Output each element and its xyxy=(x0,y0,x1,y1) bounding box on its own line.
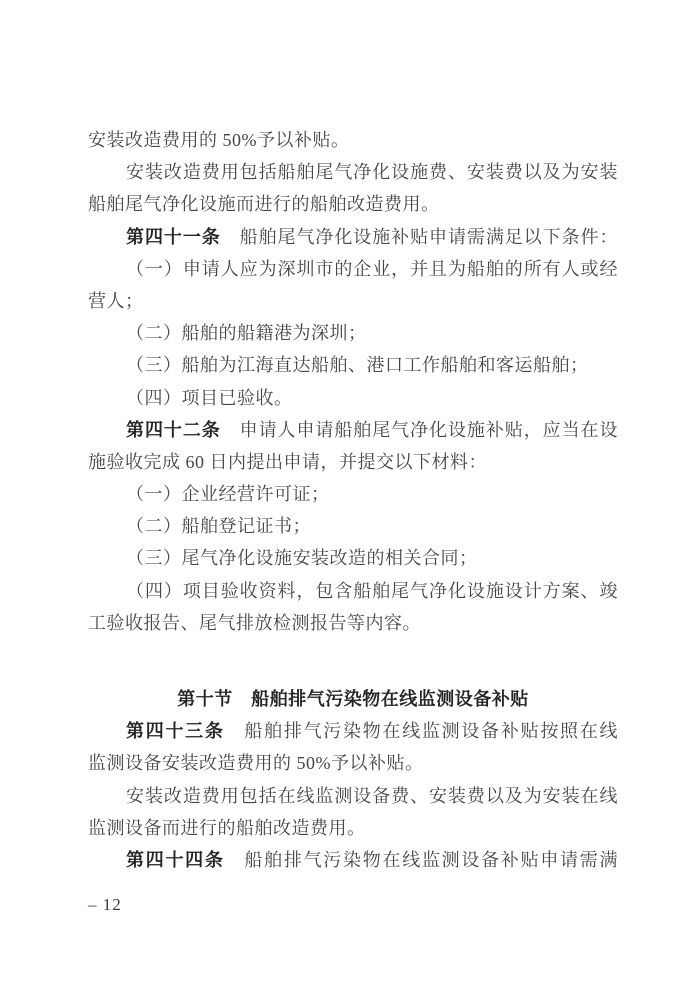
text-line: 监测设备而进行的船舶改造费用。 xyxy=(88,812,618,844)
text-segment: （二）船舶登记证书； xyxy=(126,516,311,536)
text-segment: 船舶排气污染物在线监测设备补贴按照在线 xyxy=(225,721,618,741)
article-number-bold: 第四十二条 xyxy=(126,420,221,440)
text-segment: （三）尾气净化设施安装改造的相关合同； xyxy=(126,548,478,568)
text-line: 工验收报告、尾气排放检测报告等内容。 xyxy=(88,607,618,639)
text-segment: 申请人申请船舶尾气净化设施补贴，应当在设 xyxy=(221,420,618,440)
text-line: （二）船舶登记证书； xyxy=(88,510,618,542)
text-line: 第四十一条 船舶尾气净化设施补贴申请需满足以下条件： xyxy=(88,221,618,253)
text-line: 第四十四条 船舶排气污染物在线监测设备补贴申请需满 xyxy=(88,844,618,876)
text-line: 船舶尾气净化设施而进行的船舶改造费用。 xyxy=(88,188,618,220)
text-segment: 营人； xyxy=(88,291,144,311)
article-number-bold: 第十节 船舶排气污染物在线监测设备补贴 xyxy=(177,689,529,709)
text-segment: （二）船舶的船籍港为深圳； xyxy=(126,323,367,343)
article-number-bold: 第四十三条 xyxy=(126,721,225,741)
text-segment: （一）申请人应为深圳市的企业，并且为船舶的所有人或经 xyxy=(126,259,618,279)
text-segment: 监测设备而进行的船舶改造费用。 xyxy=(88,818,366,838)
text-segment: 施验收完成 60 日内提出申请，并提交以下材料： xyxy=(88,452,487,472)
text-line: 安装改造费用的 50%予以补贴。 xyxy=(88,124,618,156)
text-line: 营人； xyxy=(88,285,618,317)
text-line: 第四十三条 船舶排气污染物在线监测设备补贴按照在线 xyxy=(88,715,618,747)
text-segment: 安装改造费用的 50%予以补贴。 xyxy=(88,130,350,150)
text-line: 安装改造费用包括船舶尾气净化设施费、安装费以及为安装 xyxy=(88,156,618,188)
section-heading: 第十节 船舶排气污染物在线监测设备补贴 xyxy=(88,683,618,715)
article-number-bold: 第四十四条 xyxy=(126,850,225,870)
text-segment: （四）项目已验收。 xyxy=(126,388,293,408)
text-segment: 船舶排气污染物在线监测设备补贴申请需满 xyxy=(225,850,618,870)
text-segment: 船舶尾气净化设施补贴申请需满足以下条件： xyxy=(221,227,618,247)
text-line: （四）项目已验收。 xyxy=(88,382,618,414)
text-segment: （三）船舶为江海直达船舶、港口工作船舶和客运船舶； xyxy=(126,355,589,375)
page-number: – 12 xyxy=(88,895,122,915)
text-segment: （四）项目验收资料，包含船舶尾气净化设施设计方案、竣 xyxy=(126,581,618,601)
text-line: （一）企业经营许可证； xyxy=(88,478,618,510)
article-number-bold: 第四十一条 xyxy=(126,227,221,247)
text-line: （三）尾气净化设施安装改造的相关合同； xyxy=(88,542,618,574)
text-segment: 工验收报告、尾气排放检测报告等内容。 xyxy=(88,613,421,633)
text-line: 监测设备安装改造费用的 50%予以补贴。 xyxy=(88,747,618,779)
text-segment: （一）企业经营许可证； xyxy=(126,484,330,504)
text-segment: 安装改造费用包括船舶尾气净化设施费、安装费以及为安装 xyxy=(126,162,618,182)
text-segment: 船舶尾气净化设施而进行的船舶改造费用。 xyxy=(88,194,440,214)
document-body: 安装改造费用的 50%予以补贴。安装改造费用包括船舶尾气净化设施费、安装费以及为… xyxy=(88,124,618,876)
text-line: 安装改造费用包括在线监测设备费、安装费以及为安装在线 xyxy=(88,780,618,812)
document-page: 安装改造费用的 50%予以补贴。安装改造费用包括船舶尾气净化设施费、安装费以及为… xyxy=(0,0,700,990)
text-line: 施验收完成 60 日内提出申请，并提交以下材料： xyxy=(88,446,618,478)
text-line: （四）项目验收资料，包含船舶尾气净化设施设计方案、竣 xyxy=(88,575,618,607)
text-segment: 安装改造费用包括在线监测设备费、安装费以及为安装在线 xyxy=(126,786,618,806)
text-line: 第四十二条 申请人申请船舶尾气净化设施补贴，应当在设 xyxy=(88,414,618,446)
text-segment: 监测设备安装改造费用的 50%予以补贴。 xyxy=(88,753,424,773)
text-line: （一）申请人应为深圳市的企业，并且为船舶的所有人或经 xyxy=(88,253,618,285)
text-line: （二）船舶的船籍港为深圳； xyxy=(88,317,618,349)
text-line: （三）船舶为江海直达船舶、港口工作船舶和客运船舶； xyxy=(88,349,618,381)
